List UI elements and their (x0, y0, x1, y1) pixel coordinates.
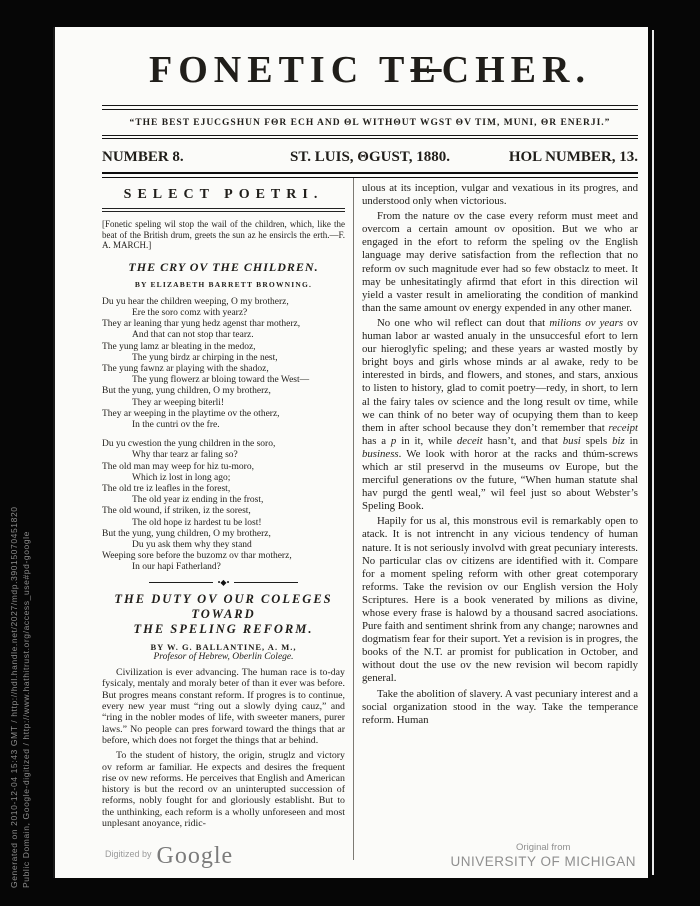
article-paragraph: Take the abolition of slavery. A vast pe… (362, 688, 638, 727)
poem-title: THE CRY OV THE CHILDREN. (102, 260, 345, 274)
poem-byline: BY ELIZABETH BARRETT BROWNING. (102, 280, 345, 289)
poem-line: And that can not stop thar tearz. (102, 330, 345, 341)
poem-line: Weeping sore before the buzomz ov thar m… (102, 551, 345, 562)
title-part-post: CHER. (442, 49, 591, 91)
ornament-glyph: •◆• (218, 579, 230, 587)
article-title-line1: THE DUTY OV OUR COLEGES TOWARD (102, 592, 345, 622)
masthead-rule-bottom (102, 135, 638, 140)
poem-line: Which iz lost in long ago; (102, 473, 345, 484)
section-heading-rule (102, 208, 345, 212)
section-heading: SELECT POETRI. (102, 186, 345, 204)
poem-stanza: Du yu hear the children weeping, O my br… (102, 297, 345, 431)
left-column: SELECT POETRI. [Fonetic speling wil stop… (102, 178, 354, 860)
article-paragraph: Civilization is ever advancing. The huma… (102, 667, 345, 746)
title-barred-e: E (410, 49, 441, 91)
poem-line: In the cuntri ov the fre. (102, 420, 345, 431)
article-paragraph: Hapily for us al, this monstrous evil is… (362, 515, 638, 685)
poem-line: Why thar tearz ar faling so? (102, 450, 345, 461)
public-domain-text: Public Domain, Google-digitized / http:/… (21, 531, 31, 888)
institution-name: UNIVERSITY OF MICHIGAN (450, 854, 636, 870)
article-body-right: ulous at its inception, vulgar and vexat… (362, 182, 638, 727)
poem-line: Du yu cwestion the yung children in the … (102, 439, 345, 450)
article-paragraph: From the nature ov the case every reform… (362, 210, 638, 315)
masthead-rule-top (102, 105, 638, 110)
scan-footer: Digitized byGoogle Original from UNIVERS… (55, 840, 648, 874)
poem-line: The old year iz ending in the frost, (102, 495, 345, 506)
generated-timestamp-text: Generated on 2010-12-04 15:43 GMT / http… (9, 506, 19, 888)
poem-line: They ar weeping biterli! (102, 398, 345, 409)
poem-line: Ere the soro comz with yearz? (102, 308, 345, 319)
original-from-label: Original from (450, 842, 636, 854)
page-columns: SELECT POETRI. [Fonetic speling wil stop… (102, 178, 638, 860)
viewer-background: Generated on 2010-12-04 15:43 GMT / http… (0, 0, 700, 906)
issue-number: NUMBER 8. (102, 148, 290, 166)
poem-line: The yung flowerz ar bloing toward the We… (102, 375, 345, 386)
article-paragraph: No one who wil reflect can dout that mil… (362, 317, 638, 513)
poem-line: The old wound, if striken, iz the sorest… (102, 506, 345, 517)
page-edge-highlight (652, 30, 654, 875)
section-divider-ornament: •◆• (102, 579, 345, 587)
right-column: ulous at its inception, vulgar and vexat… (354, 178, 638, 860)
article-paragraph: ulous at its inception, vulgar and vexat… (362, 182, 638, 208)
poem-line: The old tre iz leafles in the forest, (102, 484, 345, 495)
poem-line: They ar weeping in the playtime ov the o… (102, 409, 345, 420)
whole-number: HOL NUMBER, 13. (450, 148, 638, 166)
poem-stanza: Du yu cwestion the yung children in the … (102, 439, 345, 573)
poem-line: The old hope iz hardest tu be lost! (102, 518, 345, 529)
google-watermark: Digitized byGoogle (105, 843, 233, 870)
motto: “THE BEST EJUCGSHUN FΘR ECH AND ΘL WITHΘ… (102, 117, 638, 129)
poem-line: But the yung, yung children, O my brothe… (102, 529, 345, 540)
article-paragraph: To the student of history, the origin, s… (102, 750, 345, 829)
dateline: ST. LUIS, ΘGUST, 1880. (290, 148, 450, 166)
poem-line: The yung birdz ar chirping in the nest, (102, 353, 345, 364)
poem-line: Du yu ask them why they stand (102, 540, 345, 551)
institution-watermark: Original from UNIVERSITY OF MICHIGAN (450, 842, 636, 870)
article-byline: BY W. G. BALLANTINE, A. M., (102, 642, 345, 652)
poem-line: In our hapi Fatherland? (102, 562, 345, 573)
poem-line: They ar leaning thar yung hedz agenst th… (102, 319, 345, 330)
article-title: THE DUTY OV OUR COLEGES TOWARD THE SPELI… (102, 592, 345, 637)
poem-line: The old man may weep for hiz tu-moro, (102, 462, 345, 473)
article-body-left: Civilization is ever advancing. The huma… (102, 667, 345, 829)
scanned-page: FONETIC TECHER. “THE BEST EJUCGSHUN FΘR … (53, 27, 648, 878)
issue-line: NUMBER 8. ST. LUIS, ΘGUST, 1880. HOL NUM… (102, 148, 638, 166)
poem-line: Du yu hear the children weeping, O my br… (102, 297, 345, 308)
article-byline-affiliation: Profesor of Hebrew, Oberlin Colege. (102, 652, 345, 664)
newspaper-title: FONETIC TECHER. (102, 49, 638, 91)
article-title-line2: THE SPELING REFORM. (102, 622, 345, 637)
poem-line: The yung fawnz ar playing with the shado… (102, 364, 345, 375)
poem-line: But the yung, yung children, O my brothe… (102, 386, 345, 397)
editorial-note: [Fonetic speling wil stop the wail of th… (102, 219, 345, 251)
digitized-by-label: Digitized by (105, 849, 152, 859)
google-logo-text: Google (157, 843, 234, 869)
title-part-pre: FONETIC T (149, 49, 410, 91)
poem-line: The yung lamz ar bleating in the medoz, (102, 342, 345, 353)
